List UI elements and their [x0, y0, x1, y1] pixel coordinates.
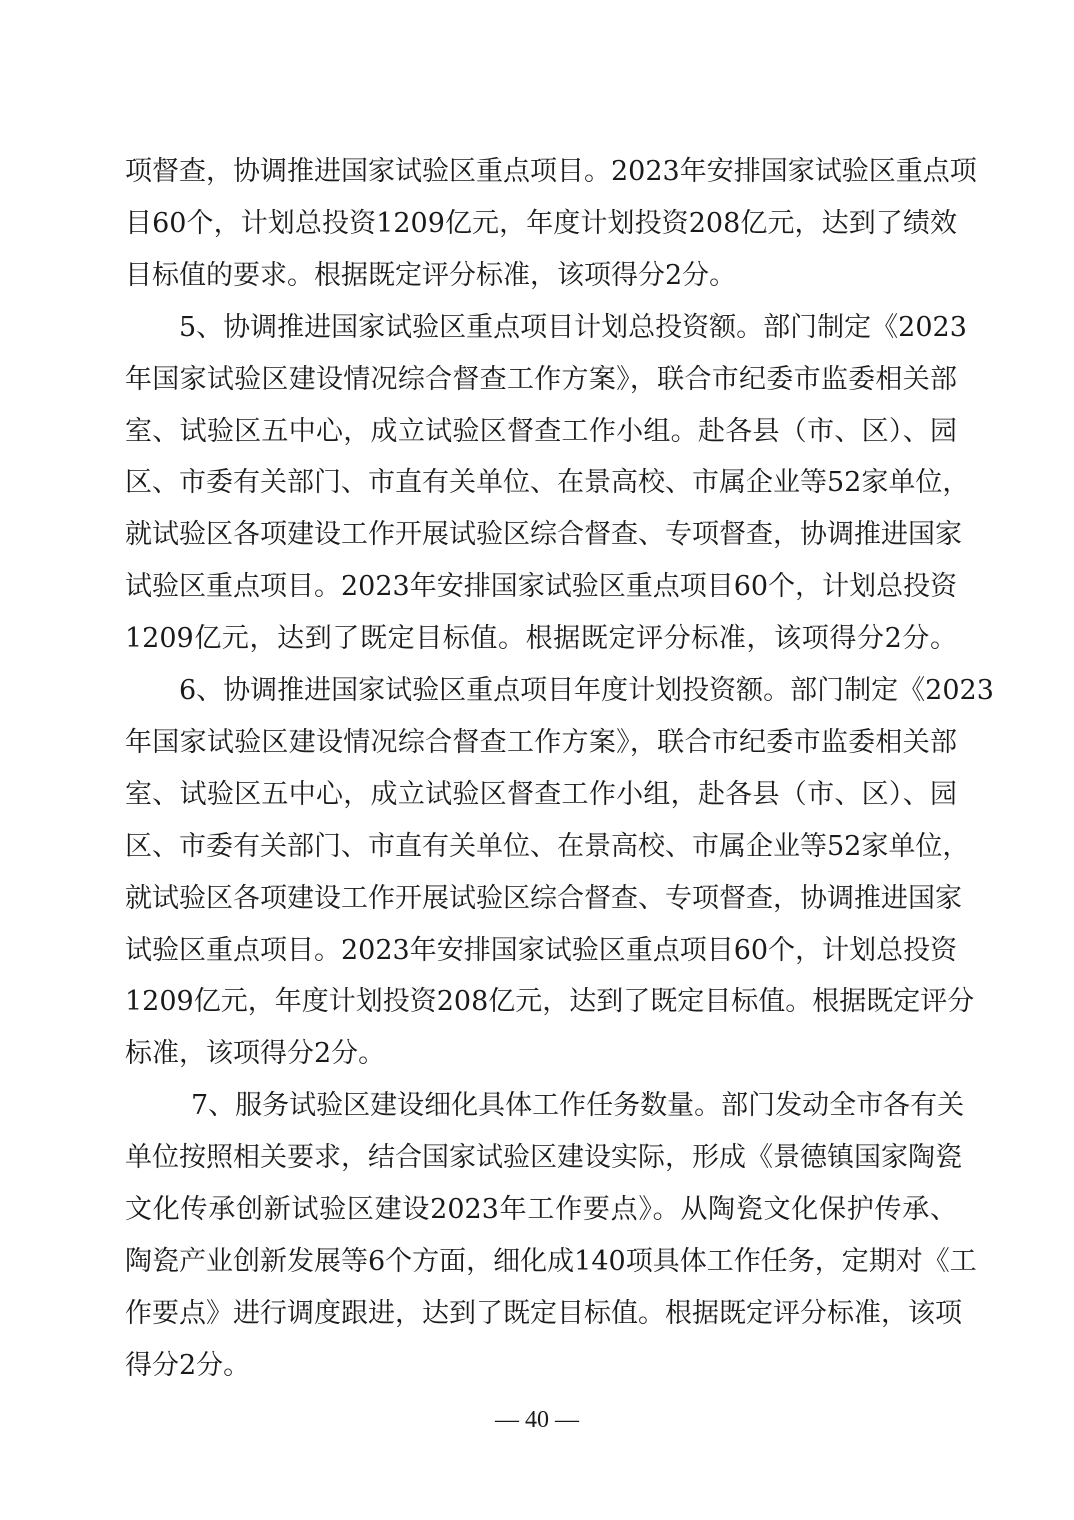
text-line: 7、服务试验区建设细化具体工作任务数量。部门发动全市各有关	[191, 1080, 957, 1132]
text-line: 得分2分。	[125, 1340, 957, 1392]
text-line: 陶瓷产业创新发展等6个方面，细化成140项具体工作任务，定期对《工	[125, 1236, 957, 1288]
text-line: 文化传承创新试验区建设2023年工作要点》。从陶瓷文化保护传承、	[125, 1184, 957, 1236]
text-line: 目60个，计划总投资1209亿元，年度计划投资208亿元，达到了绩效	[125, 198, 957, 250]
text-line: 区、市委有关部门、市直有关单位、在景高校、市属企业等52家单位，	[125, 821, 957, 873]
text-line: 单位按照相关要求，结合国家试验区建设实际，形成《景德镇国家陶瓷	[125, 1132, 957, 1184]
text-line: 就试验区各项建设工作开展试验区综合督查、专项督查，协调推进国家	[125, 873, 957, 925]
text-line: 室、试验区五中心，成立试验区督查工作小组，赴各县（市、区）、园	[125, 769, 957, 821]
text-line: 试验区重点项目。2023年安排国家试验区重点项目60个，计划总投资	[125, 561, 957, 613]
text-line: 5、协调推进国家试验区重点项目计划总投资额。部门制定《2023	[179, 302, 957, 354]
text-line: 室、试验区五中心，成立试验区督查工作小组。赴各县（市、区）、园	[125, 406, 957, 458]
text-line: 作要点》进行调度跟进，达到了既定目标值。根据既定评分标准，该项	[125, 1288, 957, 1340]
text-line: 1209亿元，达到了既定目标值。根据既定评分标准，该项得分2分。	[125, 613, 957, 665]
text-line: 6、协调推进国家试验区重点项目年度计划投资额。部门制定《2023	[179, 665, 957, 717]
text-line: 标准，该项得分2分。	[125, 1028, 957, 1080]
text-line: 年国家试验区建设情况综合督查工作方案》，联合市纪委市监委相关部	[125, 354, 957, 406]
text-line: 试验区重点项目。2023年安排国家试验区重点项目60个，计划总投资	[125, 925, 957, 977]
text-line: 目标值的要求。根据既定评分标准，该项得分2分。	[125, 250, 957, 302]
page-number: — 40 —	[0, 1402, 1074, 1438]
text-line: 年国家试验区建设情况综合督查工作方案》，联合市纪委市监委相关部	[125, 717, 957, 769]
text-line: 项督查，协调推进国家试验区重点项目。2023年安排国家试验区重点项	[125, 146, 957, 198]
text-line: 就试验区各项建设工作开展试验区综合督查、专项督查，协调推进国家	[125, 509, 957, 561]
text-line: 区、市委有关部门、市直有关单位、在景高校、市属企业等52家单位，	[125, 457, 957, 509]
text-line: 1209亿元，年度计划投资208亿元，达到了既定目标值。根据既定评分	[125, 976, 957, 1028]
document-page: 项督查，协调推进国家试验区重点项目。2023年安排国家试验区重点项目60个，计划…	[0, 0, 1074, 1520]
